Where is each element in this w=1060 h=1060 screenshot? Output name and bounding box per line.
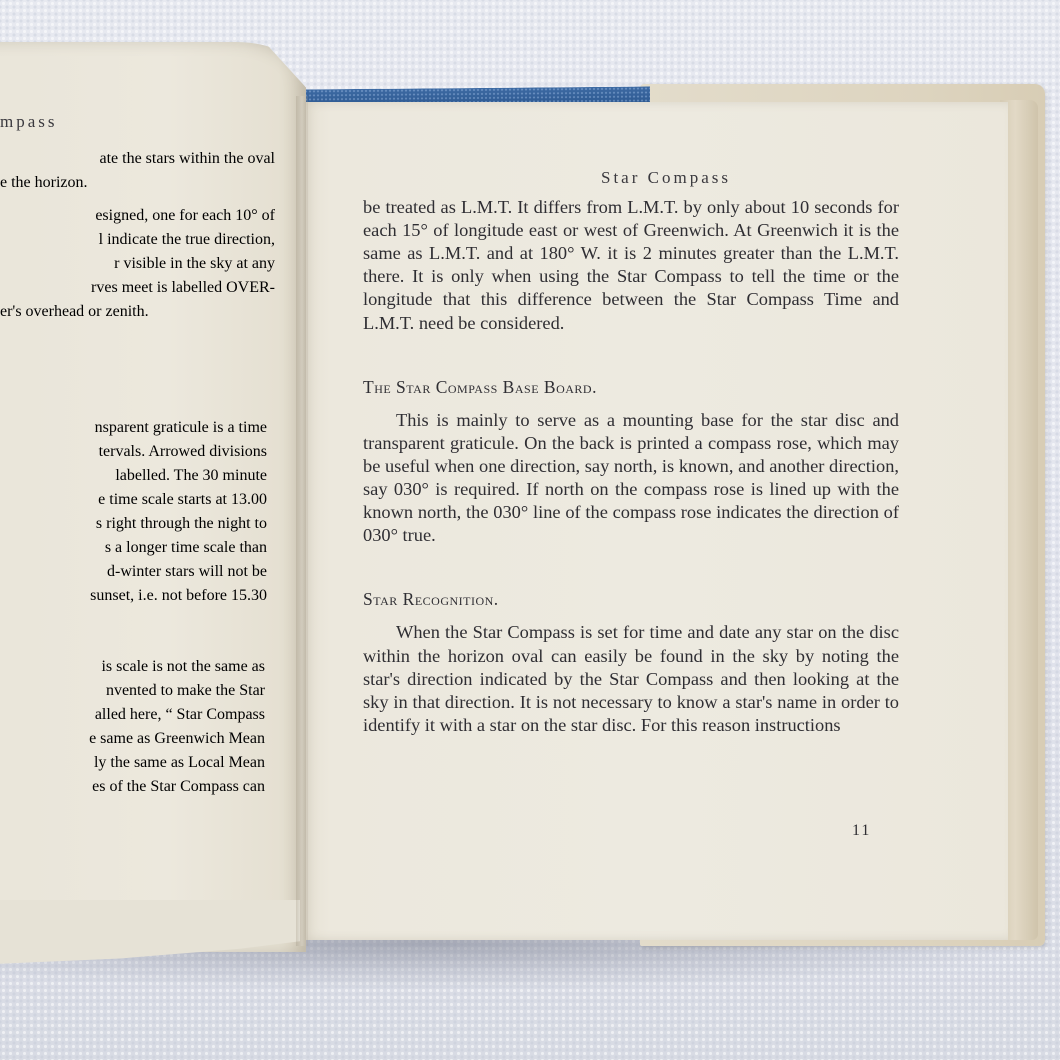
text-line: alled here, “ Star Compass <box>0 706 265 730</box>
left-paragraph-2: esigned, one for each 10° of l indicate … <box>0 207 275 327</box>
section-heading-base-board: The Star Compass Base Board. <box>363 376 899 399</box>
text-line: ly the same as Local Mean <box>0 754 265 778</box>
section-body-base-board: This is mainly to serve as a mounting ba… <box>363 409 899 548</box>
text-line: es of the Star Compass can <box>0 778 265 802</box>
section-heading-star-recognition: Star Recognition. <box>363 588 899 611</box>
left-paragraph-4: is scale is not the same as nvented to m… <box>0 658 265 802</box>
left-paragraph-1: ate the stars within the oval e the hori… <box>0 150 275 198</box>
text-line: e time scale starts at 13.00 <box>0 491 267 515</box>
continuation-paragraph: be treated as L.M.T. It differs from L.M… <box>363 196 899 335</box>
text-line: s right through the night to <box>0 515 267 539</box>
text-line: esigned, one for each 10° of <box>0 207 275 231</box>
text-line: rves meet is labelled OVER- <box>0 279 275 303</box>
page-number: 11 <box>852 822 871 840</box>
running-head: Star Compass <box>433 166 899 189</box>
left-paragraph-3: nsparent graticule is a time tervals. Ar… <box>0 419 267 611</box>
text-line: e the horizon. <box>0 174 275 198</box>
text-line: ate the stars within the oval <box>0 150 275 174</box>
text-line: d-winter stars will not be <box>0 563 267 587</box>
text-line: sunset, i.e. not before 15.30 <box>0 587 267 611</box>
text-line: er's overhead or zenith. <box>0 303 275 327</box>
text-line: nsparent graticule is a time <box>0 419 267 443</box>
text-line: nvented to make the Star <box>0 682 265 706</box>
text-line: l indicate the true direction, <box>0 231 275 255</box>
text-line: tervals. Arrowed divisions <box>0 443 267 467</box>
book-gutter <box>296 96 308 946</box>
left-running-head: mpass <box>0 112 58 132</box>
section-body-star-recognition: When the Star Compass is set for time an… <box>363 621 899 736</box>
text-line: labelled. The 30 minute <box>0 467 267 491</box>
text-line: s a longer time scale than <box>0 539 267 563</box>
text-line: r visible in the sky at any <box>0 255 275 279</box>
right-page-content: Star Compass be treated as L.M.T. It dif… <box>363 166 899 737</box>
text-line: e same as Greenwich Mean <box>0 730 265 754</box>
text-line: is scale is not the same as <box>0 658 265 682</box>
